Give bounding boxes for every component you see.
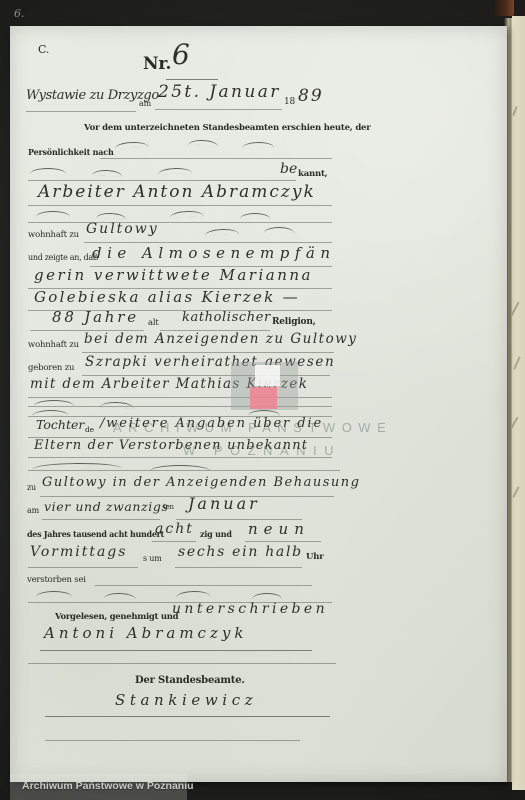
- death-day-handwriting: vier und zwanzigs: [44, 499, 168, 514]
- year-unit-handwriting: neun: [248, 520, 310, 538]
- kannt-label: kannt,: [298, 169, 327, 179]
- age-handwriting: 88 Jahre: [52, 308, 139, 326]
- zeigte-label: und zeigte an, daß: [28, 253, 98, 262]
- parents-line1-handwriting: /weitere Angaben über die: [100, 416, 323, 431]
- unterschrieben-handwriting: unterschrieben: [172, 601, 328, 617]
- hour-handwriting: sechs ein halb: [178, 544, 303, 560]
- verstorben-label: verstorben sei: [27, 575, 86, 585]
- deceased-residence-handwriting: bei dem Anzeigenden zu Gultowy: [84, 331, 357, 347]
- deceased-line2-handwriting: gerin verwittwete Marianna: [34, 266, 313, 284]
- declarant-name-handwriting: Arbeiter Anton Abramczyk: [38, 182, 316, 202]
- ditto-mark: [36, 591, 72, 597]
- wohnhaft2-label: wohnhaft zu: [28, 340, 79, 350]
- timeofday-handwriting: Vormittags: [30, 544, 127, 560]
- intro-line: Vor dem unterzeichneten Standesbeamten e…: [84, 123, 371, 133]
- death-place-handwriting: Gultowy in der Anzeigenden Behausung: [42, 475, 360, 490]
- scanned-record-view: 6. C. Nr. 6 Wystawie zu Drzyzgo am 25t. …: [0, 0, 525, 800]
- nr-label: Nr.: [143, 54, 171, 74]
- archive-footer-label: Archiwum Państwowe w Poznaniu: [22, 780, 194, 792]
- death-month-handwriting: Januar: [188, 494, 260, 513]
- record-date-handwriting: 25t. Januar: [158, 82, 281, 102]
- next-page-edge: [512, 16, 525, 790]
- year-printed-prefix: 18: [284, 97, 295, 107]
- be-handwriting: be: [280, 161, 297, 177]
- alt-label: alt: [148, 318, 159, 328]
- parents-line2-handwriting: Eltern der Verstorbenen unbekannt: [34, 438, 308, 453]
- ditto-mark: [30, 168, 66, 174]
- section-letter: C.: [38, 43, 49, 56]
- declarant-signature: Antoni Abramczyk: [44, 624, 247, 642]
- persoenlichkeit-label: Persönlichkeit nach: [28, 147, 114, 157]
- zig-label: zig und: [200, 529, 232, 539]
- wohnhaft-label: wohnhaft zu: [28, 230, 79, 240]
- am-label: am: [139, 99, 151, 108]
- zu-label: zu: [27, 483, 36, 492]
- vorgelesen-label: Vorgelesen, genehmigt und: [55, 612, 178, 622]
- ditto-mark: [36, 211, 70, 217]
- ten-label: ten: [163, 503, 174, 511]
- binding-tab: [495, 0, 514, 16]
- deceased-line3-handwriting: Golebieska alias Kierzek —: [34, 288, 300, 306]
- geboren-label: geboren zu: [28, 363, 74, 373]
- year-handwriting: 89: [298, 86, 324, 106]
- sum-label: s um: [143, 554, 162, 563]
- de-label: de: [85, 425, 94, 434]
- official-label: Der Standesbeamte.: [135, 675, 245, 686]
- jahres-label: des Jahres tausend acht hundert: [27, 529, 164, 539]
- religion-label: Religion,: [272, 317, 316, 327]
- official-signature: Stankiewicz: [115, 691, 257, 709]
- archive-logo-watermark: [231, 362, 298, 410]
- ditto-mark: [252, 593, 282, 599]
- am2-label: am: [27, 506, 39, 515]
- ditto-mark: [240, 213, 270, 219]
- deceased-line1-handwriting: die Almosenempfän: [92, 244, 336, 262]
- declarant-residence-handwriting: Gultowy: [86, 221, 159, 237]
- record-number: 6: [172, 38, 190, 71]
- pencil-page-number: 6.: [14, 7, 25, 20]
- uhr-label: Uhr: [306, 552, 323, 562]
- religion-handwriting: katholischer: [182, 310, 271, 325]
- year-decade-handwriting: acht: [155, 521, 194, 537]
- tochter-handwriting: Tochter: [36, 417, 84, 432]
- ditto-mark: [264, 227, 294, 233]
- ditto-mark: [242, 142, 274, 149]
